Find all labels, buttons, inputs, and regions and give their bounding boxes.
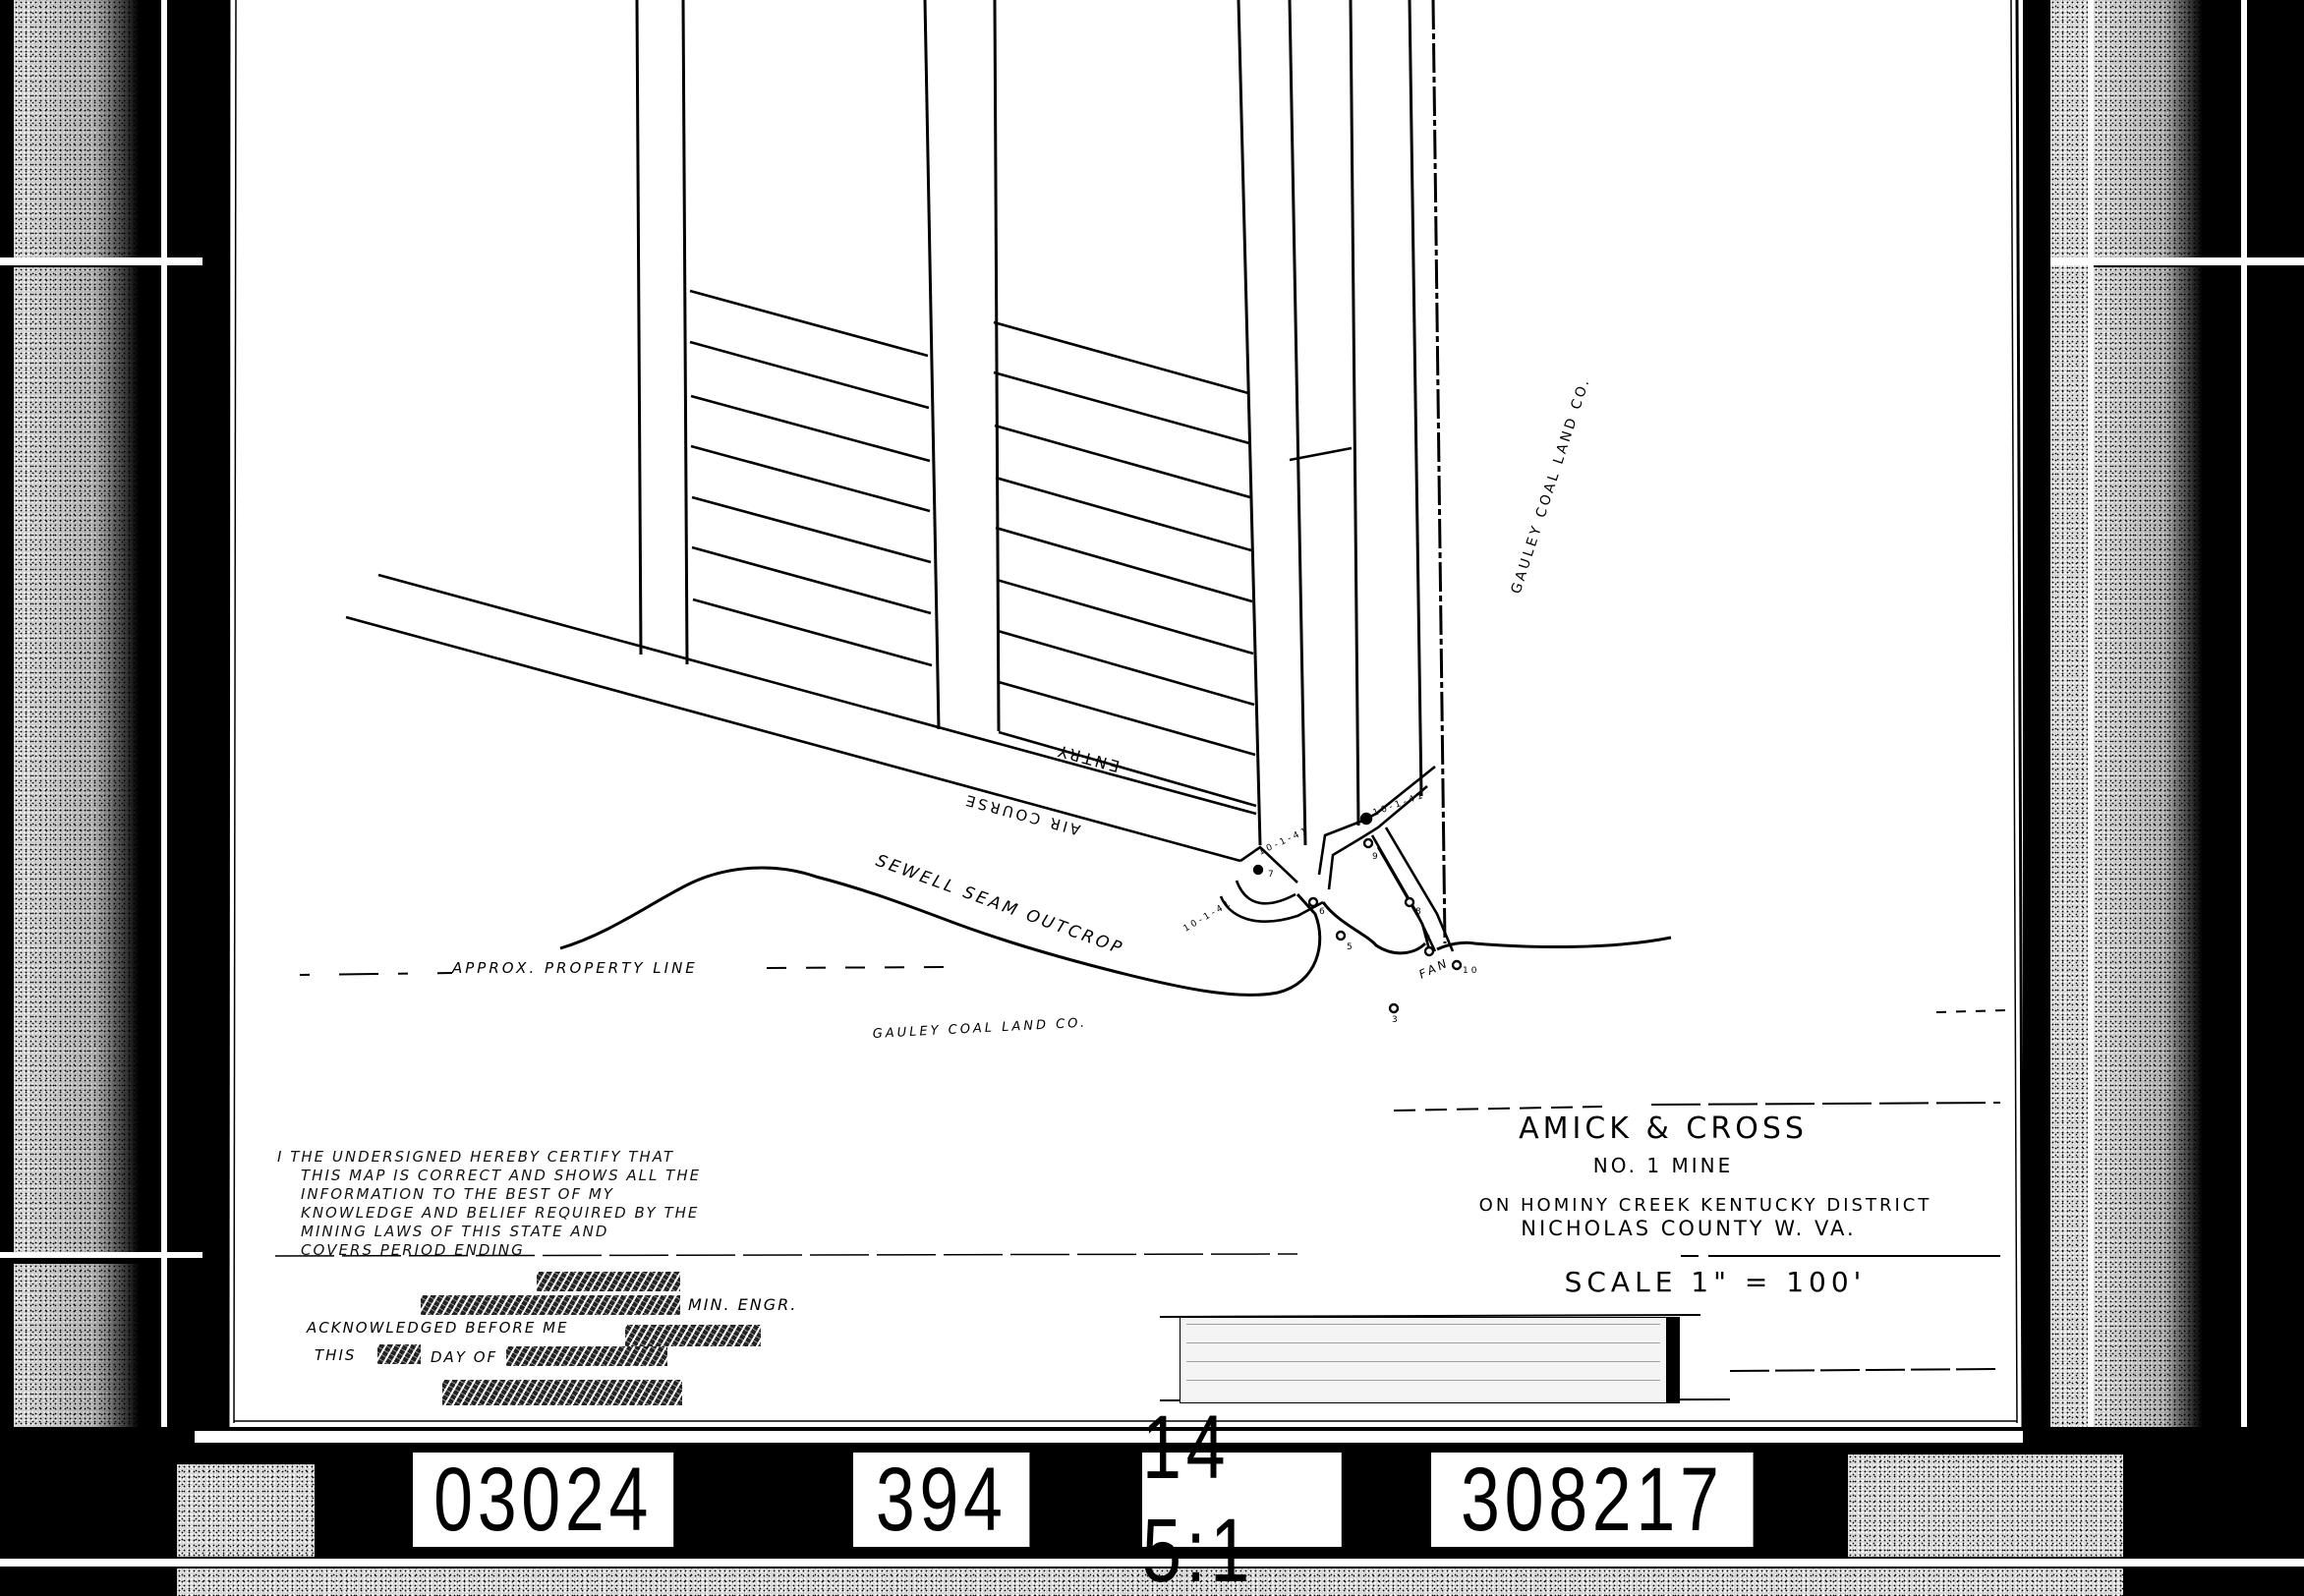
film-id-sheet: 14 5:1	[1142, 1453, 1342, 1547]
station-label: 6	[1319, 907, 1328, 917]
station-label: 8	[1415, 907, 1424, 917]
map-labels: ENTRY AIR COURSE SEWELL SEAM OUTCROP APP…	[451, 375, 1593, 1042]
station-label: 4	[1425, 935, 1434, 944]
station-label: 5	[1347, 942, 1355, 952]
title-location-1: ON HOMINY CREEK KENTUCKY DISTRICT	[1479, 1195, 1932, 1216]
label-fan: FAN	[1416, 955, 1451, 981]
certification-line: KNOWLEDGE AND BELIEF REQUIRED BY THE	[277, 1204, 828, 1223]
redacted-date	[537, 1272, 680, 1291]
label-property-line: APPROX. PROPERTY LINE	[451, 959, 698, 977]
film-id-text: 03024	[433, 1449, 653, 1552]
title-location-2: NICHOLAS COUNTY W. VA.	[1521, 1217, 1856, 1240]
label-air-course: AIR COURSE	[961, 790, 1082, 838]
station-label: 10	[1463, 966, 1479, 976]
engineer-title: MIN. ENGR.	[688, 1295, 797, 1314]
label-entry: ENTRY	[1054, 741, 1122, 776]
outcrop-line	[560, 868, 1671, 995]
film-id-text: 394	[876, 1449, 1008, 1552]
certification-line: COVERS PERIOD ENDING	[277, 1241, 828, 1260]
redacted-engineer-name	[421, 1295, 680, 1315]
label-landowner-bottom: GAULEY COAL LAND CO.	[872, 1016, 1087, 1042]
stamp-text-ghost	[1186, 1322, 1660, 1398]
label-outcrop: SEWELL SEAM OUTCROP	[873, 851, 1126, 959]
film-id-text: 308217	[1461, 1449, 1724, 1552]
label-survey-date: 10-1-41	[1257, 826, 1311, 858]
certification-block: I THE UNDERSIGNED HEREBY CERTIFY THAT TH…	[277, 1148, 828, 1260]
title-mine: NO. 1 MINE	[1593, 1154, 1733, 1177]
faded-stamp	[1180, 1317, 1680, 1403]
station-label: 7	[1268, 870, 1277, 880]
acknowledged-label: ACKNOWLEDGED BEFORE ME	[307, 1319, 569, 1337]
title-scale: SCALE 1" = 100'	[1565, 1266, 1867, 1298]
certification-line: INFORMATION TO THE BEST OF MY	[277, 1185, 828, 1204]
label-survey-date: 10-1-41	[1182, 898, 1236, 935]
film-id-number: 308217	[1431, 1453, 1754, 1547]
certification-line: MINING LAWS OF THIS STATE AND	[277, 1223, 828, 1241]
microfilm-frame: ENTRY AIR COURSE SEWELL SEAM OUTCROP APP…	[0, 0, 2304, 1596]
redacted-signature	[442, 1380, 682, 1405]
redacted-notary	[625, 1325, 761, 1346]
station-label: 9	[1372, 852, 1381, 862]
title-company: AMICK & CROSS	[1519, 1111, 1808, 1146]
station-label: 3	[1392, 1015, 1401, 1025]
redacted-month	[506, 1346, 667, 1366]
film-id-text: 14 5:1	[1142, 1396, 1342, 1596]
day-of-label: DAY OF	[431, 1348, 497, 1366]
certification-line: I THE UNDERSIGNED HEREBY CERTIFY THAT	[277, 1148, 828, 1167]
main-haulage	[346, 575, 1453, 951]
redacted-day	[377, 1344, 421, 1364]
this-label: THIS	[315, 1346, 356, 1364]
certification-line: THIS MAP IS CORRECT AND SHOWS ALL THE	[277, 1167, 828, 1185]
film-id-reel: 03024	[413, 1453, 673, 1547]
label-landowner-right: GAULEY COAL LAND CO.	[1509, 375, 1594, 596]
film-id-frame: 394	[853, 1453, 1029, 1547]
mine-entries	[637, 0, 1445, 943]
